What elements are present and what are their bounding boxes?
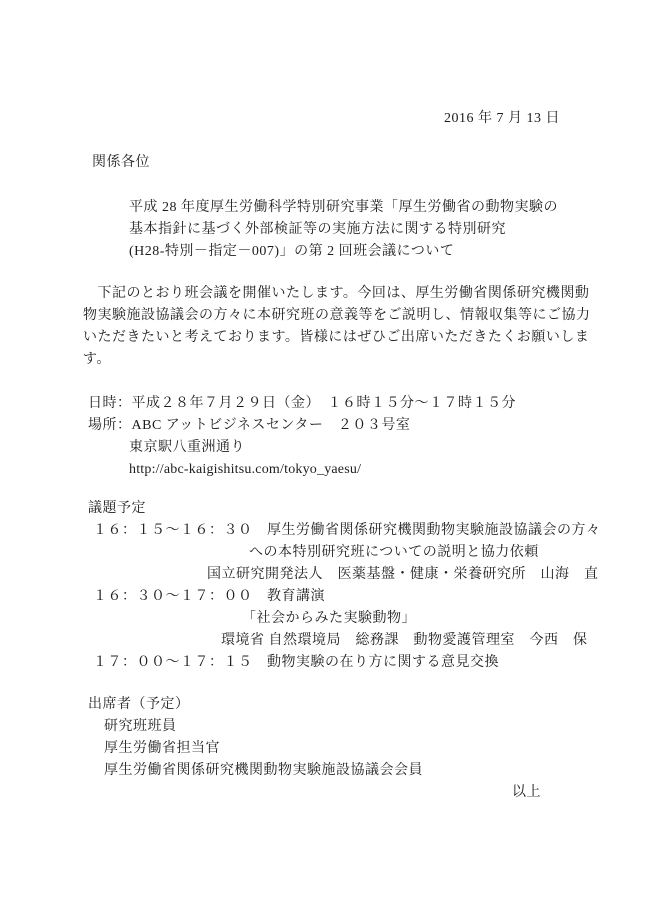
- document-date: 2016 年 7 月 13 日: [444, 109, 560, 129]
- agenda-item-3-time-title: １７：００～１７：１５ 動物実験の在り方に関する意見交換: [93, 653, 499, 673]
- body-line-1: 下記のとおり班会議を開催いたします。今回は、厚生労働省関係研究機関動: [83, 284, 589, 304]
- closing-line: 以上: [512, 783, 541, 803]
- body-line-4: す。: [83, 350, 111, 370]
- meeting-venue-url: http://abc-kaigishitsu.com/tokyo_yaesu/: [129, 460, 361, 480]
- agenda-item-1-title-cont: への本特別研究班についての説明と協力依頼: [249, 543, 539, 563]
- meeting-venue-line: 場所：ABC アットビジネスセンター ２０３号室: [88, 416, 410, 436]
- meeting-venue-address: 東京駅八重洲通り: [129, 438, 245, 458]
- attendees-heading: 出席者（予定）: [88, 695, 190, 715]
- agenda-item-1-speaker: 国立研究開発法人 医薬基盤・健康・栄養研究所 山海 直: [207, 565, 599, 585]
- agenda-item-2-time-title: １６：３０～１７：００ 教育講演: [93, 587, 325, 607]
- agenda-item-2-speaker: 環境省 自然環境局 総務課 動物愛護管理室 今西 保: [221, 631, 588, 651]
- agenda-item-2-lecture-title: 「社会からみた実験動物」: [242, 609, 416, 629]
- document-page: 2016 年 7 月 13 日 関係各位 平成 28 年度厚生労働科学特別研究事…: [0, 0, 650, 919]
- attendee-item-2: 厚生労働省担当官: [104, 739, 220, 759]
- subject-line-3: (H28‐特別－指定－007)」の第 2 回班会議について: [129, 242, 454, 262]
- recipient-line: 関係各位: [92, 153, 150, 173]
- meeting-datetime-line: 日時：平成２８年７月２９日（金） １６時１５分～１７時１５分: [88, 394, 516, 414]
- attendee-item-1: 研究班班員: [104, 717, 177, 737]
- attendee-item-3: 厚生労働省関係研究機関動物実験施設協議会会員: [104, 761, 423, 781]
- subject-line-2: 基本指針に基づく外部検証等の実施方法に関する特別研究: [129, 220, 506, 240]
- body-line-2: 物実験施設協議会の方々に本研究班の意義等をご説明し、情報収集等にご協力: [83, 306, 591, 326]
- subject-line-1: 平成 28 年度厚生労働科学特別研究事業「厚生労働省の動物実験の: [129, 198, 558, 218]
- agenda-heading: 議題予定: [88, 499, 146, 519]
- body-line-3: いただきたいと考えております。皆様にはぜひご出席いただきたくお願いしま: [83, 328, 589, 348]
- agenda-item-1-time-title: １６：１５～１６：３０ 厚生労働省関係研究機関動物実験施設協議会の方々: [93, 521, 601, 541]
